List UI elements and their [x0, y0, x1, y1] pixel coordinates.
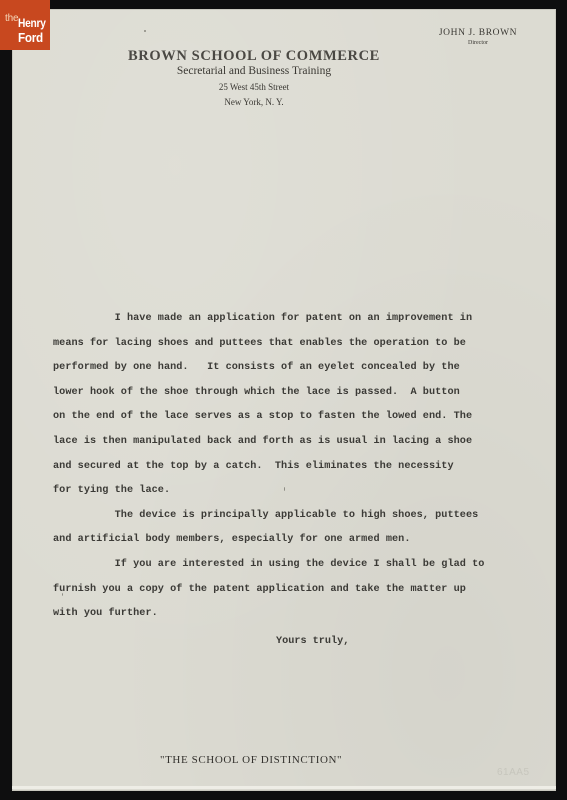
- letter-line: lower hook of the shoe through which the…: [53, 386, 473, 411]
- school-address: 25 West 45th Street: [128, 82, 380, 92]
- school-city: New York, N. Y.: [128, 97, 380, 107]
- letter-line: furnish you a copy of the patent applica…: [53, 583, 473, 608]
- letter-line: If you are interested in using the devic…: [53, 558, 473, 583]
- letter-body: I have made an application for patent on…: [53, 312, 473, 632]
- director-title: Director: [428, 40, 528, 46]
- henry-ford-logo: the Henry Ford: [0, 0, 50, 50]
- letter-line: lace is then manipulated back and forth …: [53, 435, 473, 460]
- letter-line: and secured at the top by a catch. This …: [53, 460, 473, 485]
- director-name: JOHN J. BROWN: [428, 28, 528, 38]
- document-viewer: the Henry Ford BROWN SCHOOL OF COMMERCE …: [0, 0, 567, 800]
- logo-text-the: the: [5, 14, 18, 24]
- school-name: BROWN SCHOOL OF COMMERCE: [128, 48, 380, 65]
- logo-text-henry: Henry: [18, 17, 46, 29]
- letter-line: I have made an application for patent on…: [53, 312, 473, 337]
- paper-edge: [12, 786, 556, 789]
- letter-line: for tying the lace.: [53, 484, 473, 509]
- letter-line: The device is principally applicable to …: [53, 509, 473, 534]
- letter-line: performed by one hand. It consists of an…: [53, 361, 473, 386]
- letter-line: and artificial body members, especially …: [53, 533, 473, 558]
- letter-line: with you further.: [53, 607, 473, 632]
- archive-mark: 61AA5: [497, 767, 530, 778]
- letter-line: on the end of the lace serves as a stop …: [53, 410, 473, 435]
- school-tagline: Secretarial and Business Training: [128, 65, 380, 77]
- footer-motto: "THE SCHOOL OF DISTINCTION": [160, 754, 342, 766]
- paper-speck: [144, 30, 146, 32]
- logo-text-ford: Ford: [18, 31, 43, 44]
- letter-closing: Yours truly,: [276, 636, 349, 647]
- letter-line: means for lacing shoes and puttees that …: [53, 337, 473, 362]
